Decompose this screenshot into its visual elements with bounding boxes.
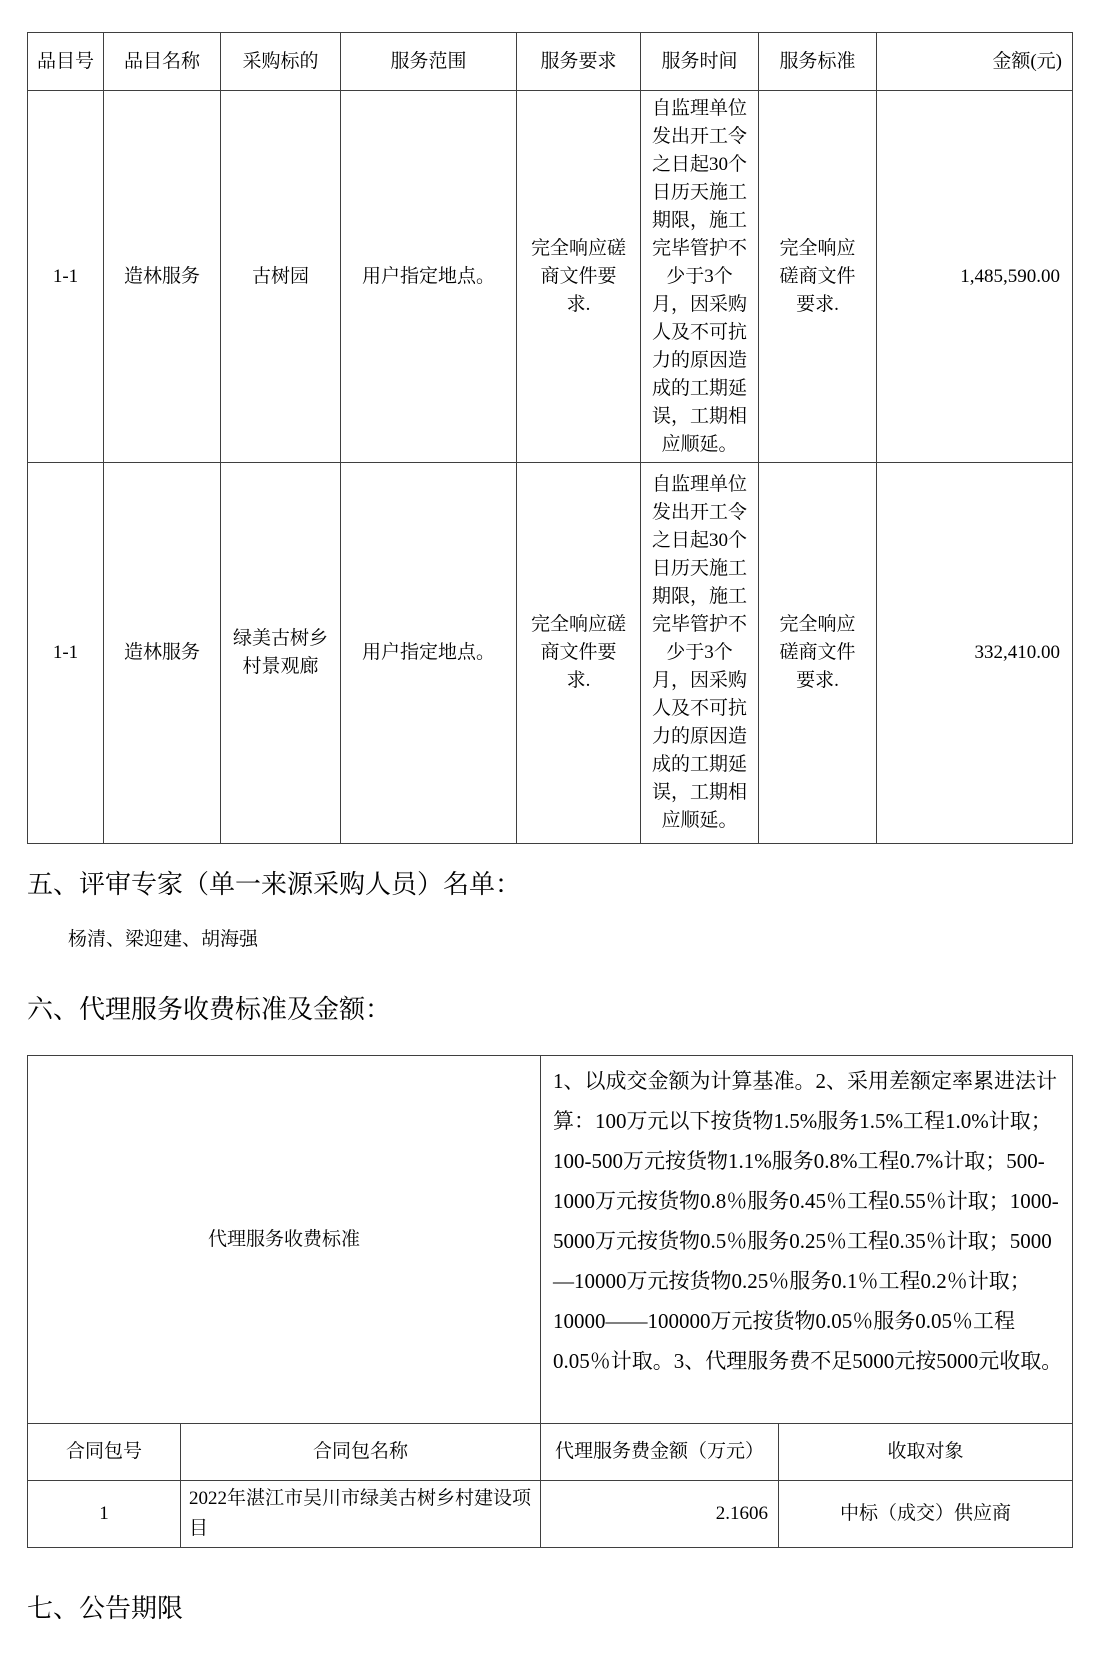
item-no-cell: 1-1 <box>28 463 104 844</box>
time-cell: 自监理单位发出开工令之日起30个日历天施工期限，施工完毕管护不少于3个月，因采购… <box>641 91 759 463</box>
scope-cell: 用户指定地点。 <box>341 463 517 844</box>
fee-standard-row: 代理服务收费标准 1、以成交金额为计算基准。2、采用差额定率累进法计算：100万… <box>28 1056 1073 1424</box>
section-5-heading: 五、评审专家（单一来源采购人员）名单： <box>27 868 1072 902</box>
fee-standard-label: 代理服务收费标准 <box>28 1056 541 1424</box>
expert-names: 杨清、梁迎建、胡海强 <box>68 927 1072 953</box>
item-no-cell: 1-1 <box>28 91 104 463</box>
target-cell: 绿美古树乡村景观廊 <box>221 463 341 844</box>
fee-amount-cell: 2.1606 <box>541 1481 779 1548</box>
contract-table-header-row: 合同包号 合同包名称 代理服务费金额（万元） 收取对象 <box>28 1424 1073 1481</box>
header-package-name: 合同包名称 <box>181 1424 541 1481</box>
document-page: 品目号 品目名称 采购标的 服务范围 服务要求 服务时间 服务标准 金额(元) … <box>0 0 1099 1626</box>
header-scope: 服务范围 <box>341 33 517 91</box>
table-row: 1-1 造林服务 绿美古树乡村景观廊 用户指定地点。 完全响应磋商文件要求. 自… <box>28 463 1073 844</box>
header-requirement: 服务要求 <box>517 33 641 91</box>
scope-cell: 用户指定地点。 <box>341 91 517 463</box>
header-item-name: 品目名称 <box>104 33 221 91</box>
section-6-heading: 六、代理服务收费标准及金额： <box>27 993 1072 1027</box>
header-item-no: 品目号 <box>28 33 104 91</box>
fee-standard-text: 1、以成交金额为计算基准。2、采用差额定率累进法计算：100万元以下按货物1.5… <box>541 1056 1073 1424</box>
table-row: 1-1 造林服务 古树园 用户指定地点。 完全响应磋商文件要求. 自监理单位发出… <box>28 91 1073 463</box>
section-7-heading: 七、公告期限 <box>27 1592 1072 1626</box>
header-fee-amount: 代理服务费金额（万元） <box>541 1424 779 1481</box>
package-no-cell: 1 <box>28 1481 181 1548</box>
charge-target-cell: 中标（成交）供应商 <box>779 1481 1073 1548</box>
requirement-cell: 完全响应磋商文件要求. <box>517 91 641 463</box>
package-name-cell: 2022年湛江市吴川市绿美古树乡村建设项目 <box>181 1481 541 1548</box>
header-amount: 金额(元) <box>877 33 1073 91</box>
header-package-no: 合同包号 <box>28 1424 181 1481</box>
items-table: 品目号 品目名称 采购标的 服务范围 服务要求 服务时间 服务标准 金额(元) … <box>27 32 1073 844</box>
item-name-cell: 造林服务 <box>104 91 221 463</box>
header-time: 服务时间 <box>641 33 759 91</box>
requirement-cell: 完全响应磋商文件要求. <box>517 463 641 844</box>
time-cell: 自监理单位发出开工令之日起30个日历天施工期限，施工完毕管护不少于3个月，因采购… <box>641 463 759 844</box>
agency-fee-table: 代理服务收费标准 1、以成交金额为计算基准。2、采用差额定率累进法计算：100万… <box>27 1055 1073 1548</box>
header-charge-target: 收取对象 <box>779 1424 1073 1481</box>
amount-cell: 1,485,590.00 <box>877 91 1073 463</box>
item-name-cell: 造林服务 <box>104 463 221 844</box>
amount-cell: 332,410.00 <box>877 463 1073 844</box>
standard-cell: 完全响应磋商文件要求. <box>759 463 877 844</box>
header-target: 采购标的 <box>221 33 341 91</box>
items-table-header-row: 品目号 品目名称 采购标的 服务范围 服务要求 服务时间 服务标准 金额(元) <box>28 33 1073 91</box>
target-cell: 古树园 <box>221 91 341 463</box>
table-row: 1 2022年湛江市吴川市绿美古树乡村建设项目 2.1606 中标（成交）供应商 <box>28 1481 1073 1548</box>
standard-cell: 完全响应磋商文件要求. <box>759 91 877 463</box>
header-standard: 服务标准 <box>759 33 877 91</box>
